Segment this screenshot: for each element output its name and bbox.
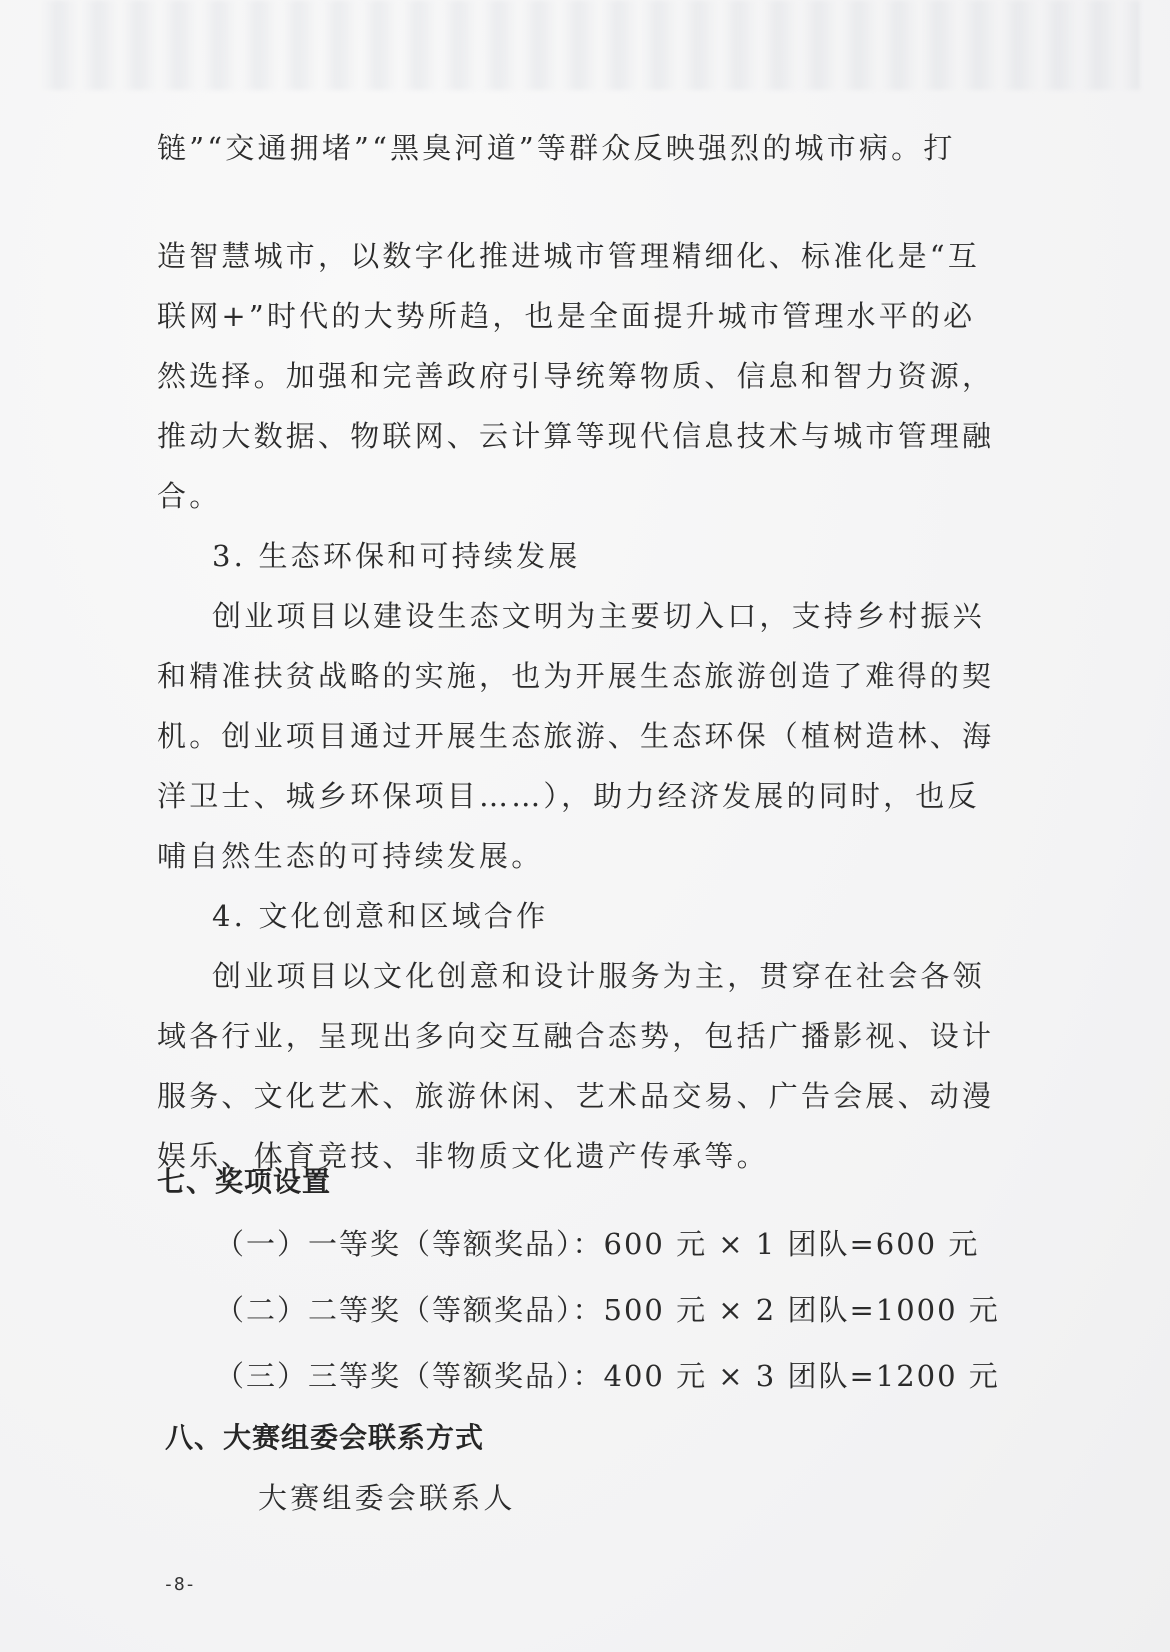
subsection-title-4: 4. 文化创意和区域合作 (212, 898, 548, 934)
body-line: 链”“交通拥堵”“黑臭河道”等群众反映强烈的城市病。打 (157, 130, 956, 166)
subsection-title-3: 3. 生态环保和可持续发展 (212, 538, 581, 574)
body-line: 哺自然生态的可持续发展。 (157, 838, 543, 874)
section-heading-contact: 八、大赛组委会联系方式 (165, 1420, 484, 1456)
body-line: 和精准扶贫战略的实施，也为开展生态旅游创造了难得的契 (157, 658, 994, 694)
body-line: 联网+”时代的大势所趋，也是全面提升城市管理水平的必 (157, 298, 975, 334)
body-line: 创业项目以建设生态文明为主要切入口，支持乡村振兴 (212, 598, 985, 634)
award-item: （二）二等奖（等额奖品）：500 元 × 2 团队=1000 元 (215, 1292, 1000, 1328)
section-heading-awards: 七、奖项设置 (157, 1164, 331, 1200)
page-number: -8- (163, 1574, 196, 1595)
body-line: 推动大数据、物联网、云计算等现代信息技术与城市管理融 (157, 418, 994, 454)
award-item: （一）一等奖（等额奖品）：600 元 × 1 团队=600 元 (215, 1226, 979, 1262)
scanned-page: 链”“交通拥堵”“黑臭河道”等群众反映强烈的城市病。打 造智慧城市，以数字化推进… (0, 0, 1170, 1652)
body-line: 域各行业，呈现出多向交互融合态势，包括广播影视、设计 (157, 1018, 994, 1054)
contact-line: 大赛组委会联系人 (258, 1480, 516, 1516)
body-line: 合。 (157, 478, 221, 514)
body-line: 造智慧城市，以数字化推进城市管理精细化、标准化是“互 (157, 238, 980, 274)
body-line: 服务、文化艺术、旅游休闲、艺术品交易、广告会展、动漫 (157, 1078, 994, 1114)
body-line: 机。创业项目通过开展生态旅游、生态环保（植树造林、海 (157, 718, 994, 754)
body-line: 创业项目以文化创意和设计服务为主，贯穿在社会各领 (212, 958, 985, 994)
body-line: 然选择。加强和完善政府引导统筹物质、信息和智力资源， (157, 358, 994, 394)
body-line: 洋卫士、城乡环保项目……），助力经济发展的同时，也反 (157, 778, 980, 814)
award-item: （三）三等奖（等额奖品）：400 元 × 3 团队=1200 元 (215, 1358, 1000, 1394)
scan-bleed-through (40, 0, 1140, 90)
